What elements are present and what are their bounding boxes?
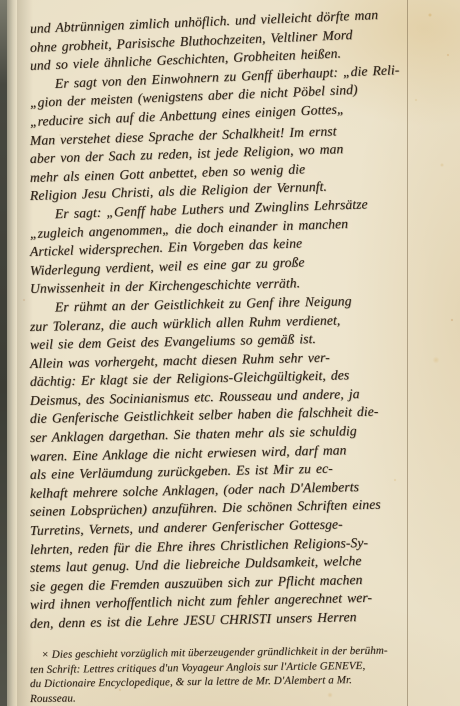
book-edge-shadow (0, 0, 7, 706)
manuscript-page: und Abtrünnigen zimlich unhöflich. und v… (0, 0, 460, 706)
page-edge-highlight (7, 0, 17, 706)
footnote-block: × Dies geschieht vorzüglich mit überzeug… (30, 648, 432, 706)
handwritten-text-block: und Abtrünnigen zimlich unhöflich. und v… (30, 20, 434, 634)
